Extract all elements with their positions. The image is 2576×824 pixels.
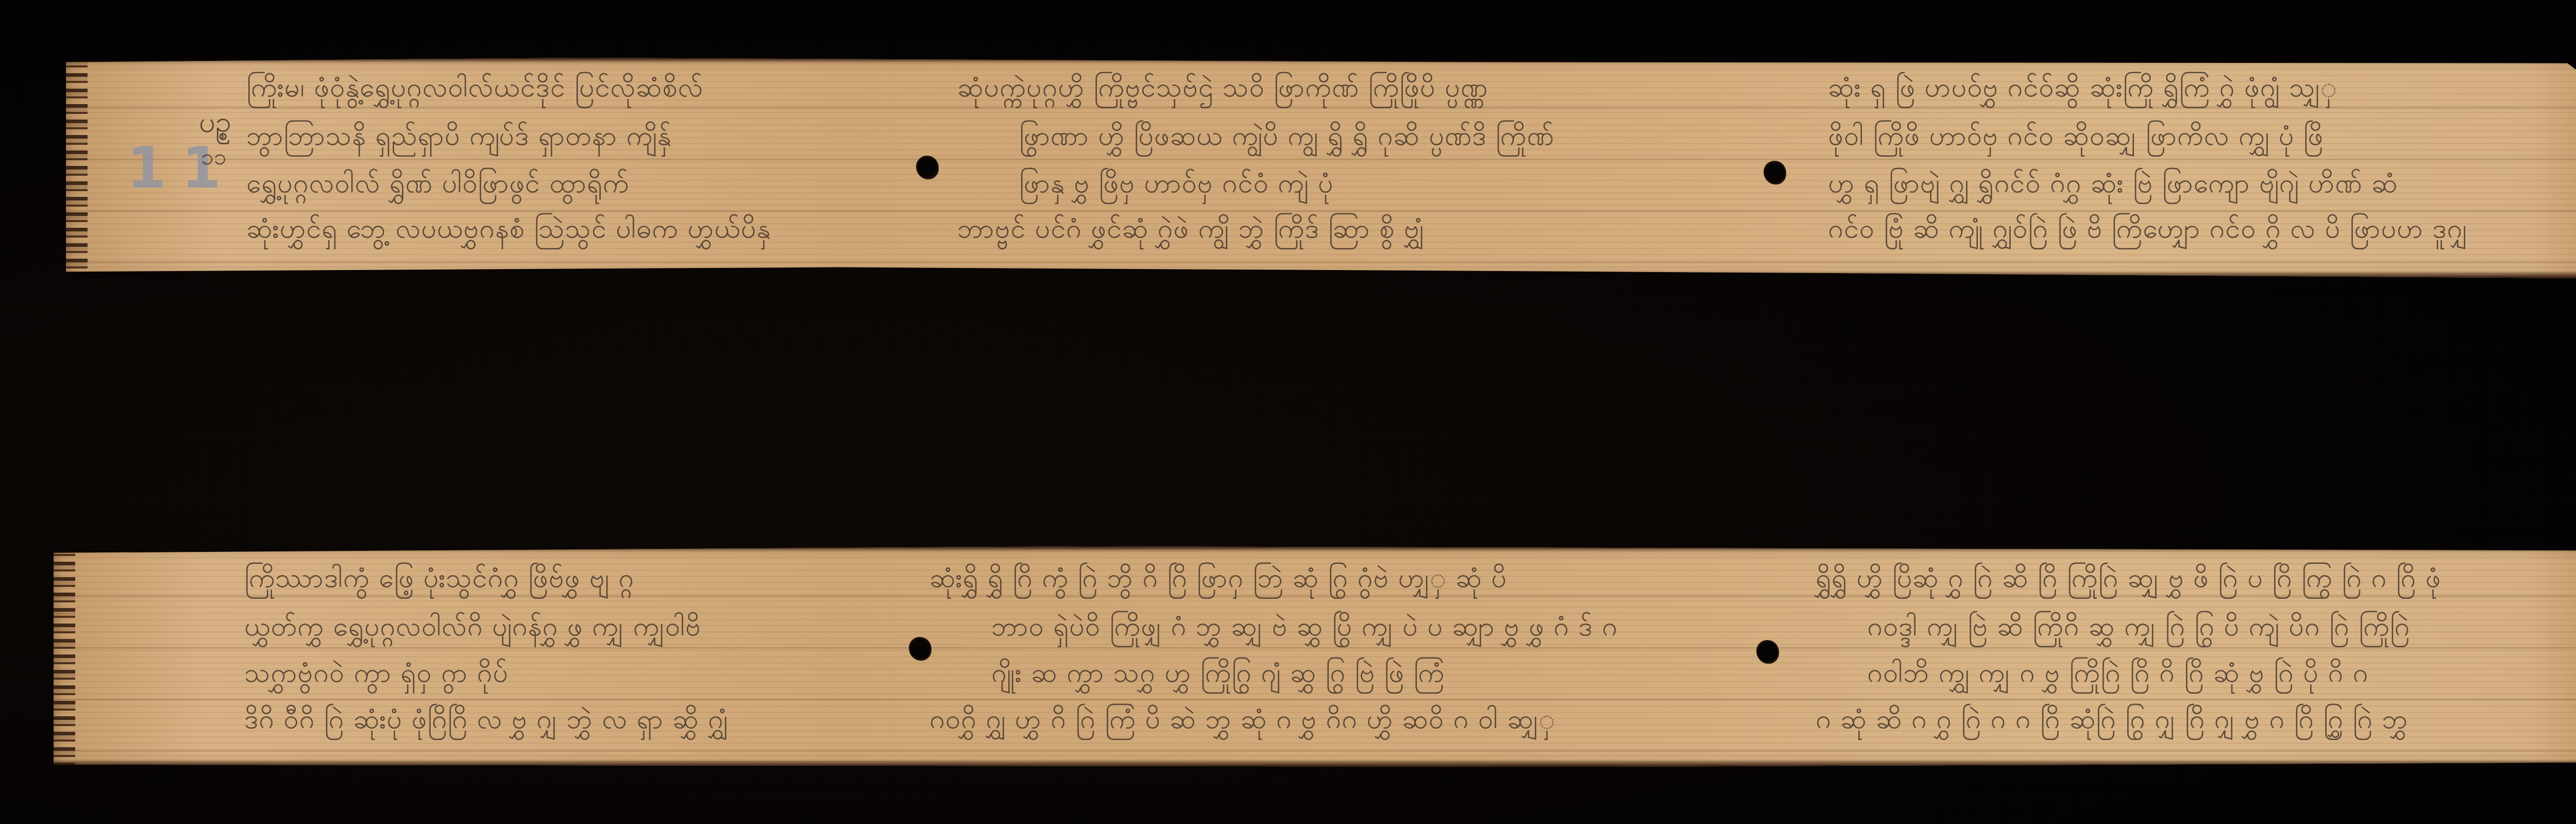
- text-line: ဂဝါဘိ ကျွှ ကျှ ဂ ဗွှ ကြိုဂြဲ ဂြိ ဂိ ဂြိ …: [1867, 660, 2368, 686]
- folio-number: ၁၁: [201, 143, 227, 176]
- text-line: ဖိုဝါ ကြိုဖိ ဟာဝ်ဗှ ဂင်ဝ ဆိုဝဆျှ ဖြာကိလ …: [1828, 123, 2324, 149]
- text-line: ဘာဝ ရှဲပဲဝိ ကြိုဖျှ ဂံ ဘွှ ဆျှ ဗဲ ဆွှ ပြ…: [991, 613, 1618, 640]
- text-line: ဂျိုး ဆ ကွှာ သဂွှ ဟွှ ကြိုဂြွ ဂျံ ဆွှ ဂြ…: [991, 660, 1445, 686]
- text-line: ဂဝဒ္ဒါ ကျှ ဗြဲ ဆိ ကြိုဂိ ဆွှ ကျှ ဂြဲ ဂြွ…: [1867, 613, 2410, 640]
- palm-leaf-folio-upper: 11 ပဉ္စ ၁၁ ကြိုးမ၊ ဖုံဝုံနွဲ့ရွှေ့ပုဂ္ဂလ…: [66, 58, 2576, 278]
- text-line: ယွှတ်ကွှ ရွှေ့ပုဂ္ဂလဝါလ်ဂိ ပျဲဂန်ဂွှ ဖွှ…: [244, 613, 701, 640]
- text-line: ဂဝဂွှိ ဂျွှ ဟွှ ဂိ ဂြဲ ကြံ ပိ ဆဲ ဘွှ ဆုံ…: [929, 706, 1555, 733]
- text-line: ဖြာနှ ဗွှ ဖြိဗှ ဟာဝ်ဗှ ဂင်ဝံ ကျဲ ပုံ: [1019, 170, 1333, 197]
- text-line: ဟွှ ရှ ဖြာဗျဲ ဂျွှ ရွှိဂင်ဝ် ဂံဂွှ ဆုံး …: [1828, 170, 2398, 197]
- text-line: ဒိဂိ ဝီဂိ ဂြဲ ဆုံးပုံ ဖုံဂြိဂြိ လ ဗွှ ဂျ…: [244, 706, 728, 733]
- text-line: ကြိုဿာဒါကွံ ဖြေ့ ပုံးသွင်ဂံဂွှ ဖြိဗ်ဖွှ …: [244, 565, 634, 592]
- text-line: ရွှိရွှိ ဟွှိ ပြိဆုံ ဂွှ ဂြဲ ဆိ ဂြိ ကြို…: [1816, 565, 2441, 592]
- frayed-left-edge: [54, 546, 75, 767]
- text-line: ကြိုးမ၊ ဖုံဝုံနွဲ့ရွှေ့ပုဂ္ဂလဝါလ်ယင်ဒိုင…: [246, 74, 703, 101]
- text-line: သဂွှာဗွံဂဝဲ ကွာ ရှံဝှ ဂွာ ဂိုပ်: [244, 660, 509, 686]
- text-line: ရွှေ့ပုဂ္ဂလဝါလ် ရွှိဏ် ပါဝိဖြာဖွင် ထွာရိ…: [246, 170, 630, 197]
- frayed-left-edge: [66, 58, 88, 278]
- text-line: ဆုံးရွှိ ရွှိ ဂြိ ကွံ ဂြဲ ဘွိ ဂိ ဂြိ ဖြာ…: [929, 565, 1507, 592]
- text-line: ဘာဗ္ဗင် ပင်ဂံ ဖွှင်ဆုံ ဂွှဲဖဲ ကျွိ ဘွှဲ …: [957, 215, 1424, 242]
- binding-hole-right: [1756, 640, 1779, 664]
- text-line: ဘွာဘြာသနိ ရှည်ရှာပိ ကျပ်ဒ် ရှာတနာ ကျိနှ်: [246, 123, 671, 149]
- text-line: ဆုံး ရှ ဖြဲ ဟပဝ်ဗွှ ဂင်ဝ်ဆွိ ဆုံးကြို ရွ…: [1828, 74, 2337, 101]
- binding-hole-left: [916, 156, 939, 179]
- text-line: ဖြွာဏာ ဟွှိ ပြိဖဆယ ကျွဲပိ ကျွ ရွှိ ရွှိ …: [1019, 123, 1554, 149]
- binding-hole-right: [1764, 161, 1786, 184]
- text-line: ဆုံပက္ကဲပုဂ္ဂဟွှိ ကြိုဗ္ဗင်သှဗ်ဌဲ သဝိ ဖြ…: [957, 74, 1488, 101]
- palm-leaf-folio-lower: ကြိုဿာဒါကွံ ဖြေ့ ပုံးသွင်ဂံဂွှ ဖြိဗ်ဖွှ …: [54, 546, 2576, 767]
- folio-label: ပဉ္စ: [199, 104, 231, 146]
- text-line: ဂင်ဝ ဗြုံ ဆိ ကျုံ ဂျွှဝ်ဂြဲ ဖြဲ ဗိ ကြိဟျ…: [1828, 215, 2468, 242]
- text-line: ဂ ဆုံ ဆိ ဂ ဂွှ ဂြဲ ဂ ဂ ဂြိ ဆုံဂြဲ ဂြွ ဂျ…: [1816, 706, 2408, 733]
- binding-hole-left: [909, 637, 931, 661]
- text-line: ဆုံးဟွှင်ရှ ဘွေ့ လပယဗွှဂနစံ သြဲသွင် ပါဓက…: [246, 215, 771, 242]
